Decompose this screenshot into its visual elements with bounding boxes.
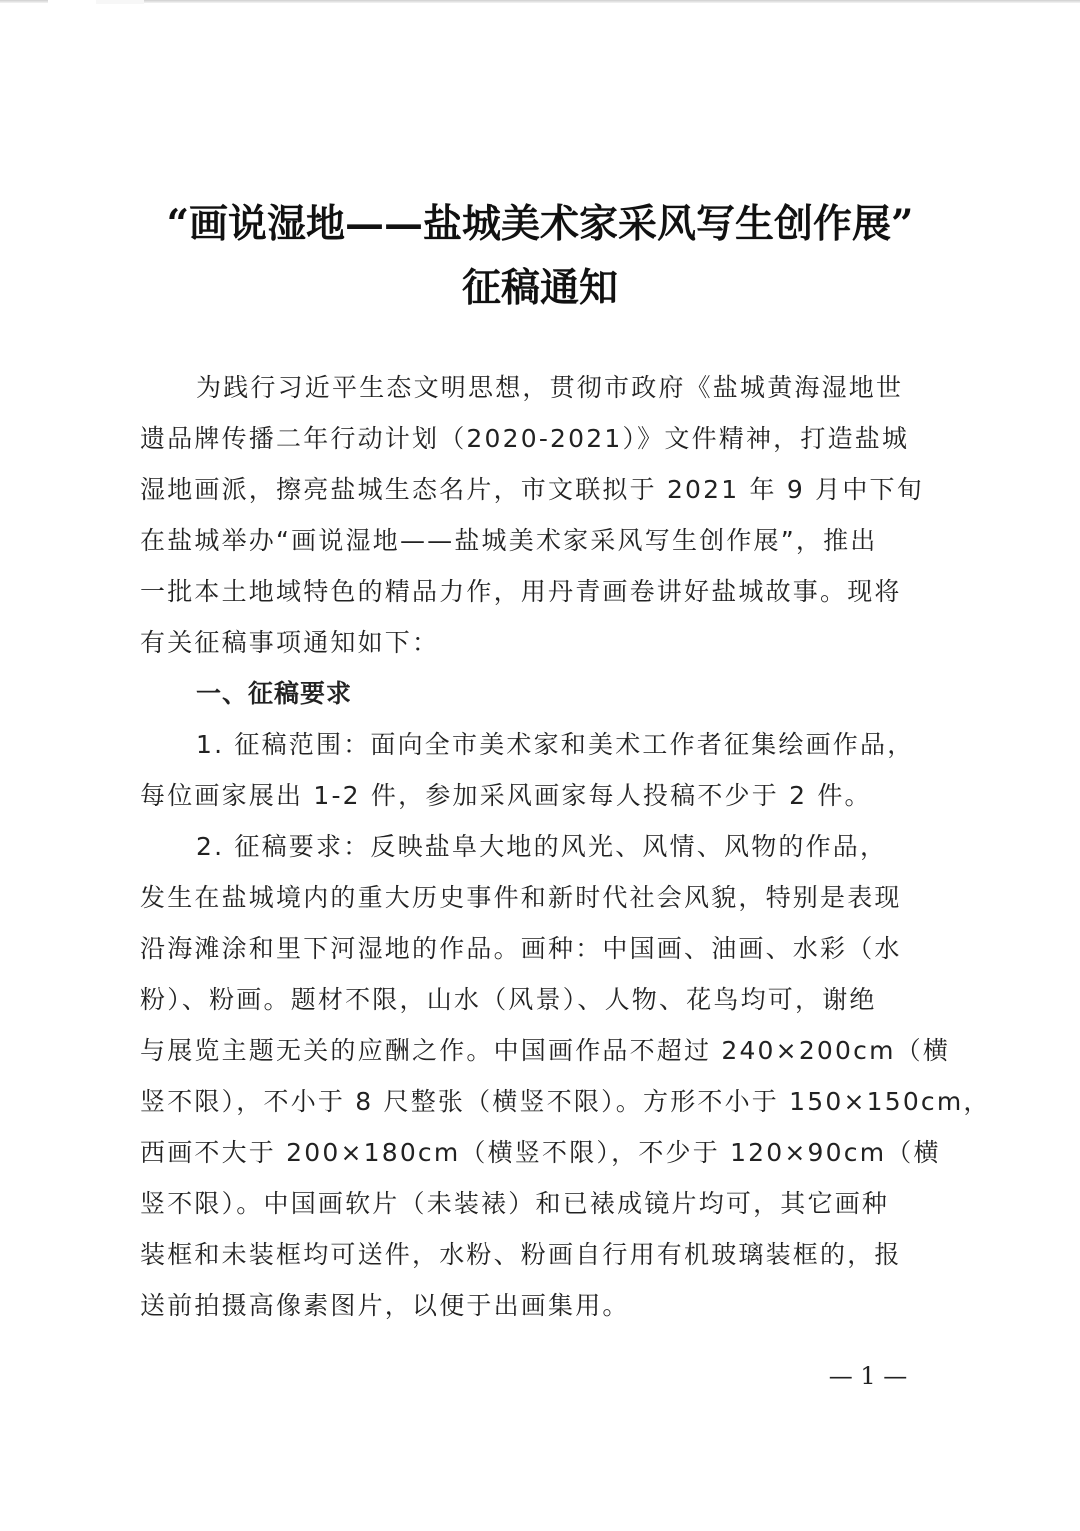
intro-line-1: 为践行习近平生态文明思想，贯彻市政府《盐城黄海湿地世 [140,366,940,417]
section-heading: 一、征稿要求 [140,672,940,723]
document-title: “画说湿地——盐城美术家采风写生创作展” 征稿通知 [0,192,1080,320]
intro-line-5: 一批本土地域特色的精品力作，用丹青画卷讲好盐城故事。现将 [140,570,940,621]
item-2-line-3: 沿海滩涂和里下河湿地的作品。画种：中国画、油画、水彩（水 [140,927,940,978]
intro-line-3: 湿地画派，擦亮盐城生态名片，市文联拟于 2021 年 9 月中下旬 [140,468,940,519]
item-2-line-9: 装框和未装框均可送件，水粉、粉画自行用有机玻璃装框的，报 [140,1233,940,1284]
intro-line-4: 在盐城举办“画说湿地——盐城美术家采风写生创作展”，推出 [140,519,940,570]
item-2-line-1: 2. 征稿要求：反映盐阜大地的风光、风情、风物的作品， [140,825,940,876]
intro-line-2: 遗品牌传播二年行动计划（2020-2021）》文件精神，打造盐城 [140,417,940,468]
item-2-line-4: 粉）、粉画。题材不限，山水（风景）、人物、花鸟均可，谢绝 [140,978,940,1029]
item-1-line-1: 1. 征稿范围：面向全市美术家和美术工作者征集绘画作品， [140,723,940,774]
item-2-line-6: 竖不限），不小于 8 尺整张（横竖不限）。方形不小于 150×150cm， [140,1080,940,1131]
item-2-line-7: 西画不大于 200×180cm（横竖不限），不少于 120×90cm（横 [140,1131,940,1182]
item-2-line-5: 与展览主题无关的应酬之作。中国画作品不超过 240×200cm（横 [140,1029,940,1080]
item-2-line-2: 发生在盐城境内的重大历史事件和新时代社会风貌，特别是表现 [140,876,940,927]
scan-edge-gap [48,0,96,4]
page-number: — 1 — [818,1362,918,1390]
intro-line-6: 有关征稿事项通知如下： [140,621,940,672]
title-line-2: 征稿通知 [0,256,1080,320]
title-line-1: “画说湿地——盐城美术家采风写生创作展” [0,192,1080,256]
scan-top-edge [0,0,1080,3]
document-body: 为践行习近平生态文明思想，贯彻市政府《盐城黄海湿地世 遗品牌传播二年行动计划（2… [140,366,940,1335]
item-2-line-10: 送前拍摄高像素图片，以便于出画集用。 [140,1284,940,1335]
item-1-line-2: 每位画家展出 1-2 件，参加采风画家每人投稿不少于 2 件。 [140,774,940,825]
scan-edge-gap [96,0,144,4]
item-2-line-8: 竖不限）。中国画软片（未装裱）和已裱成镜片均可，其它画种 [140,1182,940,1233]
